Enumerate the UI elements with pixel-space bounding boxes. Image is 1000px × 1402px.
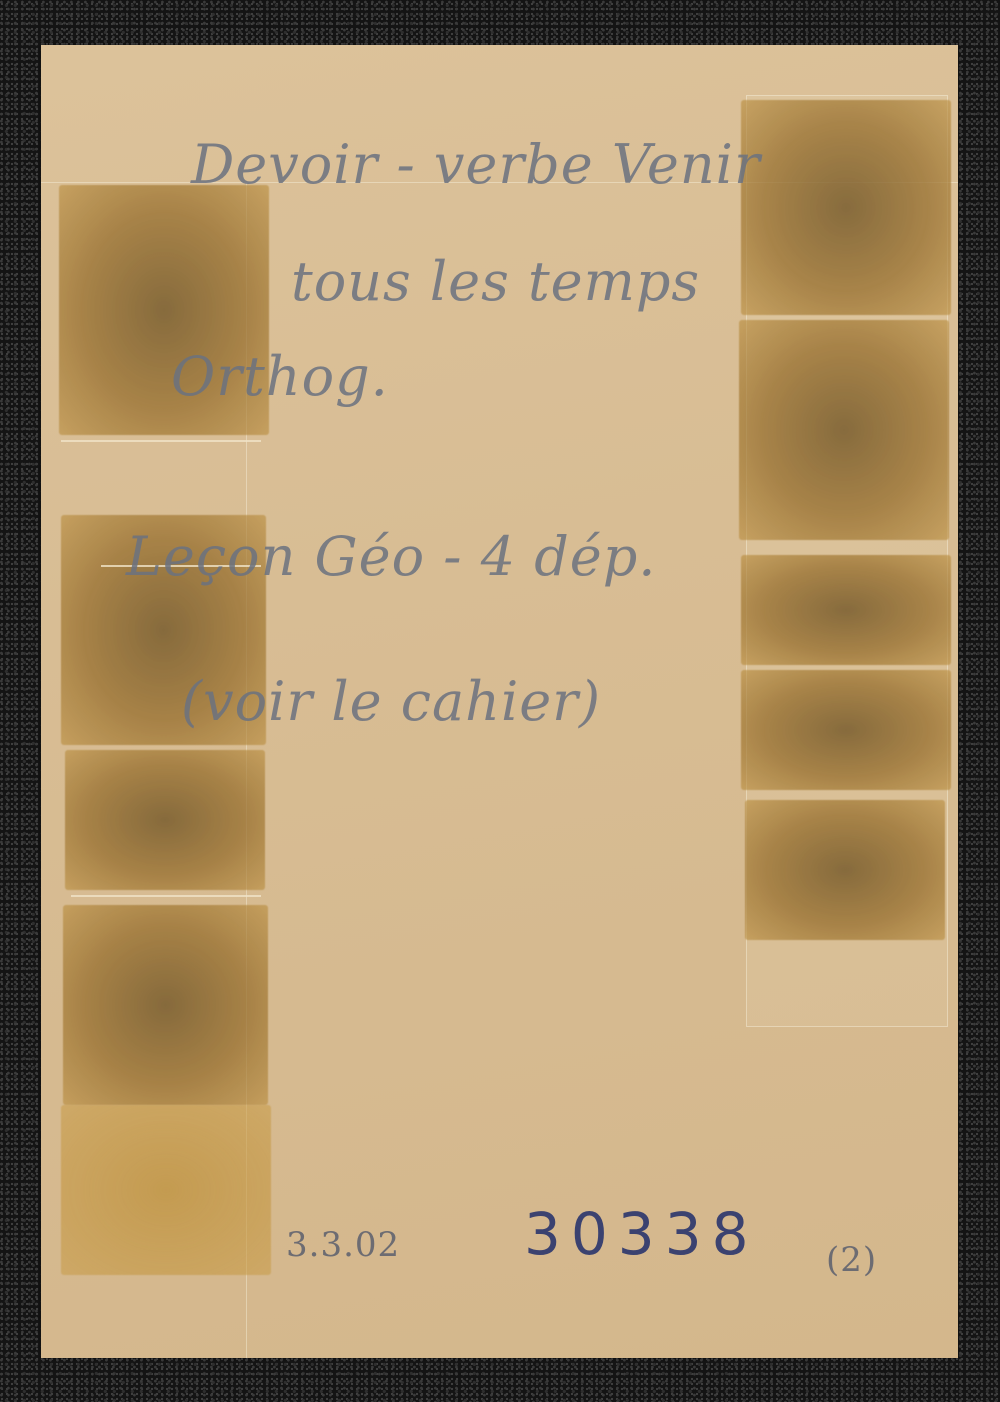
- note-line-1: Devoir - verbe Venir: [191, 133, 761, 196]
- gum-residue: [63, 905, 268, 1105]
- gum-residue: [65, 750, 265, 890]
- catalog-number: 30338: [524, 1200, 759, 1268]
- gum-residue: [61, 1105, 271, 1275]
- sub-number: (2): [826, 1240, 877, 1280]
- gum-residue: [745, 800, 945, 940]
- note-line-3: Orthog.: [171, 345, 389, 408]
- tear-mark: [61, 440, 261, 442]
- note-line-4: Leçon Géo - 4 dép.: [126, 525, 656, 588]
- note-line-2: tous les temps: [291, 250, 700, 313]
- gum-residue: [741, 100, 951, 315]
- gum-residue: [741, 555, 951, 665]
- tear-mark: [71, 895, 261, 897]
- note-line-5: (voir le cahier): [181, 670, 601, 733]
- date-annotation: 3.3.02: [286, 1225, 400, 1265]
- paper-sheet: Devoir - verbe Venir tous les temps Orth…: [41, 45, 958, 1358]
- gum-residue: [739, 320, 949, 540]
- gum-residue: [741, 670, 951, 790]
